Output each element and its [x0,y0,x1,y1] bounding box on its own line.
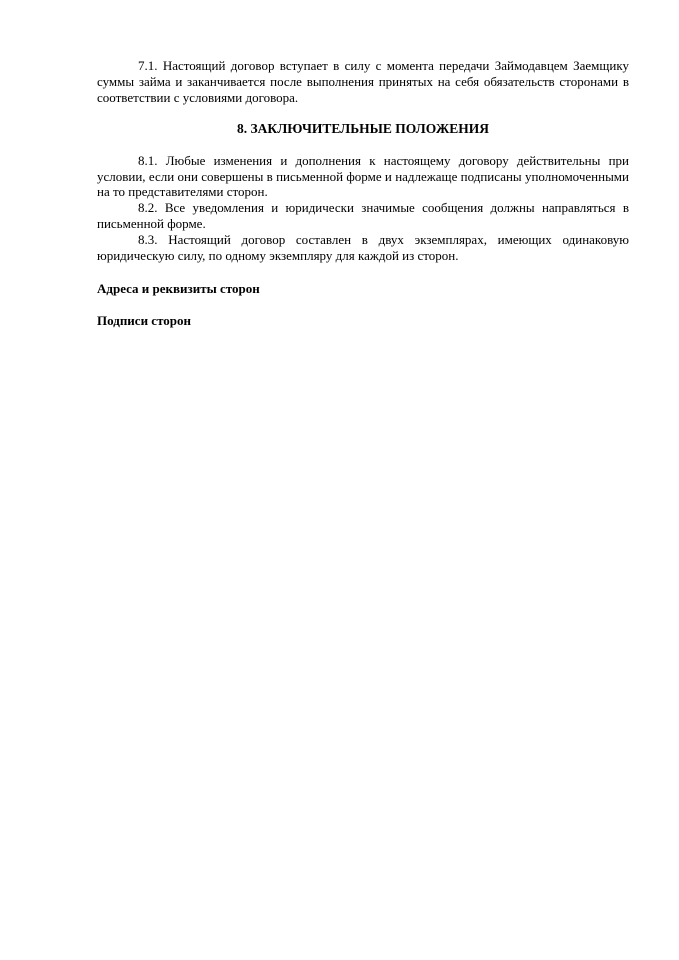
clause-7-1: 7.1. Настоящий договор вступает в силу с… [97,58,629,105]
clause-8-1: 8.1. Любые изменения и дополнения к наст… [97,153,629,200]
clause-8-2: 8.2. Все уведомления и юридически значим… [97,200,629,232]
addresses-and-requisites-line: Адреса и реквизиты сторон [97,281,629,297]
signatures-line: Подписи сторон [97,313,629,329]
section-8-heading: 8. ЗАКЛЮЧИТЕЛЬНЫЕ ПОЛОЖЕНИЯ [97,121,629,137]
document-page: 7.1. Настоящий договор вступает в силу с… [0,0,679,960]
clause-8-3: 8.3. Настоящий договор составлен в двух … [97,232,629,264]
